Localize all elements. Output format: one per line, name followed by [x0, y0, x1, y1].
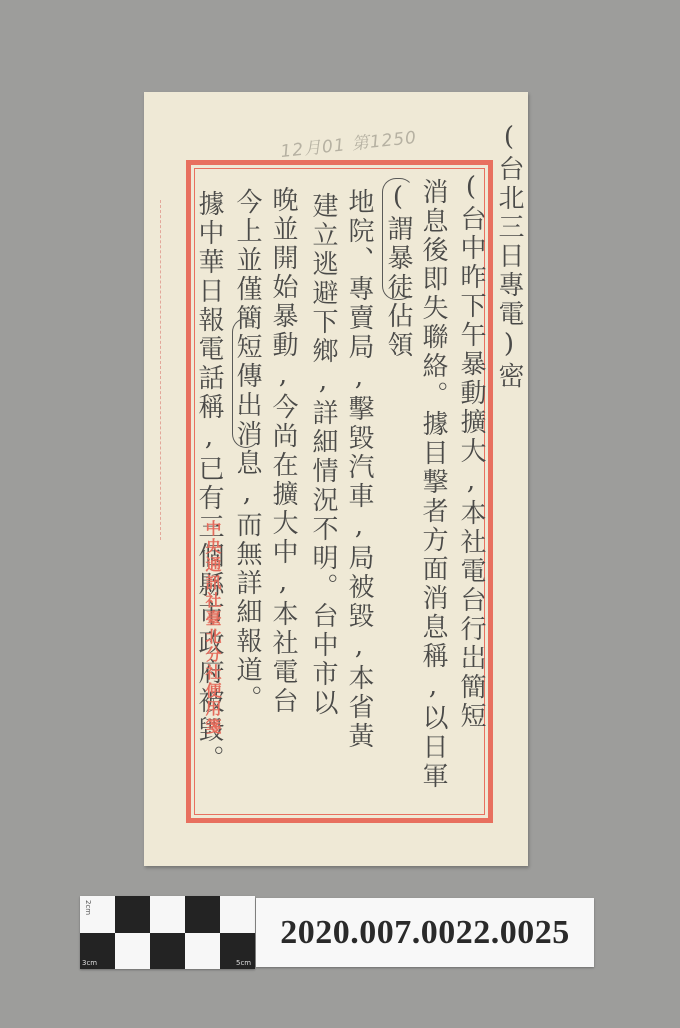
- text-column-1: (台中昨下午暴動擴大,本社電台行岀簡短: [458, 172, 484, 731]
- insertion-bracket: [382, 178, 414, 300]
- text-column-5: 建立逃避下鄉,詳細情況不明。台中市以: [310, 192, 336, 718]
- scale-label-left: 3cm: [82, 959, 97, 967]
- margin-dashed-line: [160, 200, 161, 540]
- accession-number: 2020.007.0022.0025: [280, 914, 570, 952]
- text-column-7: 今上並僅簡短傳出消息,而無詳細報道。: [234, 188, 260, 714]
- text-column-6: 晚並開始暴動,今尚在擴大中,本社電台: [270, 186, 296, 716]
- insertion-bracket: [232, 318, 260, 448]
- text-column-2: 消息後即失聯絡。據目撃者方面消息稱,以日軍: [420, 178, 446, 791]
- scale-label-top: 2cm: [84, 900, 92, 915]
- accession-label: 2020.007.0022.0025: [256, 898, 594, 967]
- scale-label-right: 5cm: [236, 959, 251, 967]
- text-column-4: 地院、專賣局,擊毀汽車,局被毀,本省黃: [346, 188, 372, 751]
- stationery-imprint: 中央通訊社臺北分社便用箋: [204, 520, 220, 736]
- scale-bar: [80, 896, 255, 969]
- header-column: (台北三日專電)密: [496, 122, 522, 391]
